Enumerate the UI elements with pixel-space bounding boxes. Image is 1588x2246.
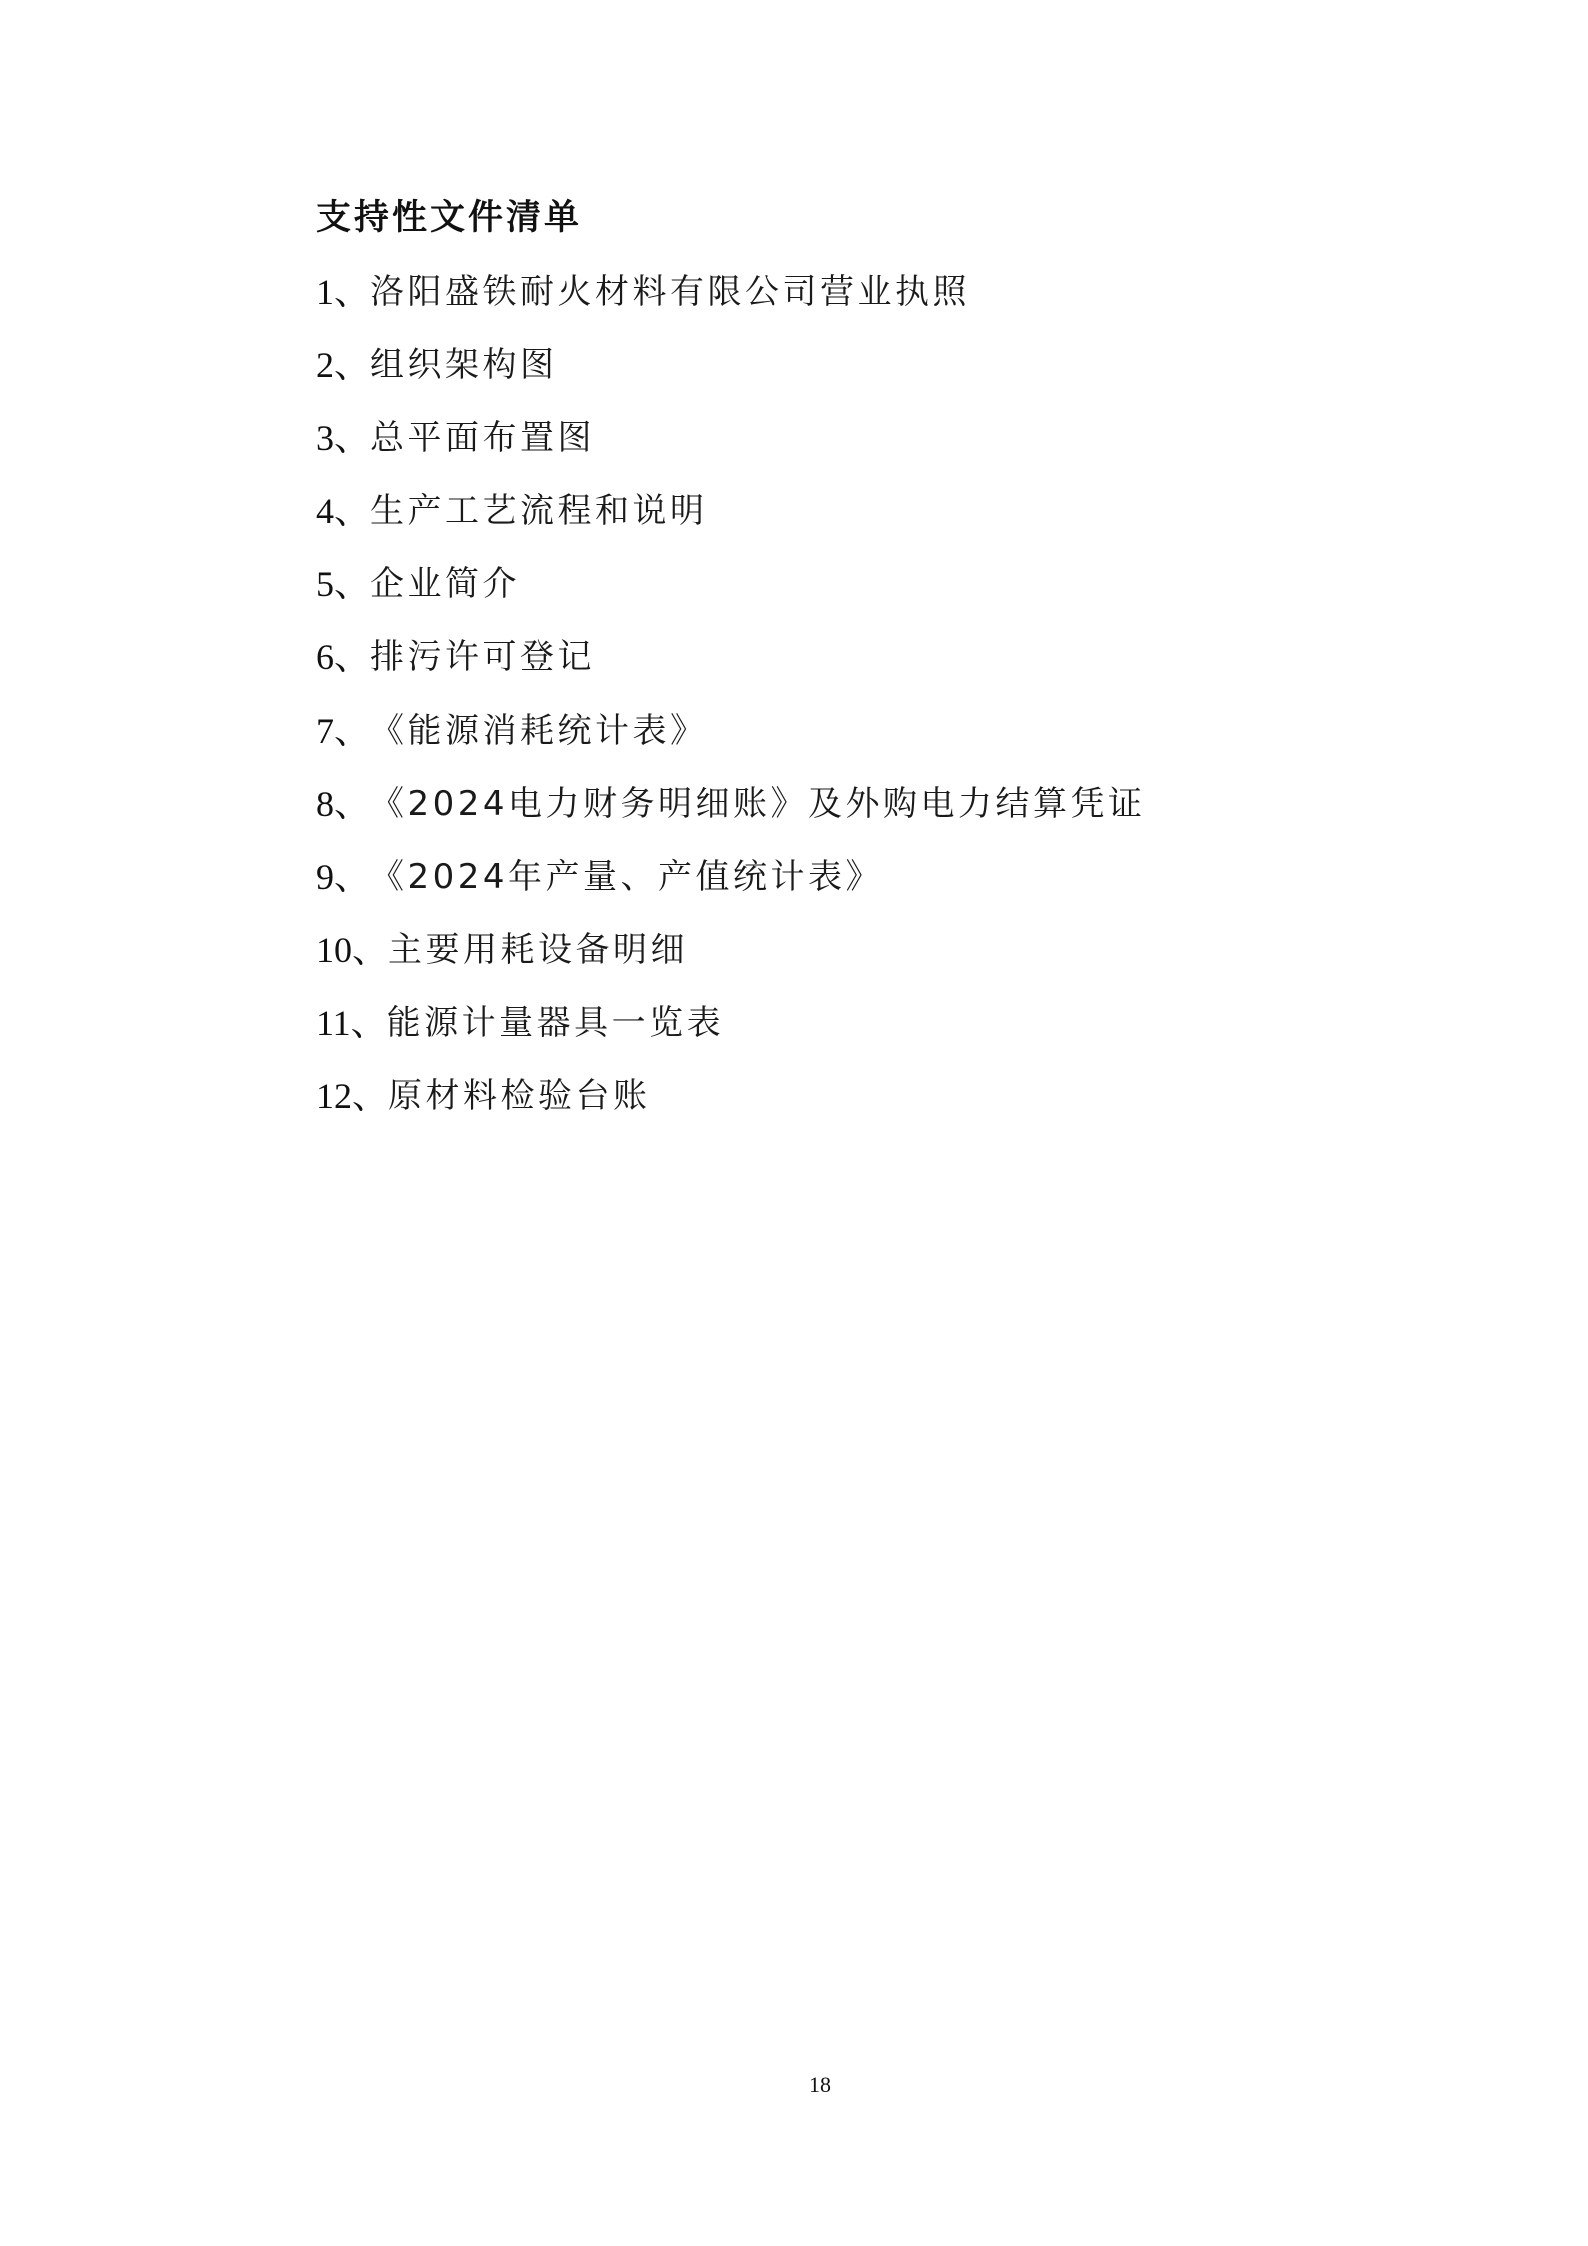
- item-text: 组织架构图: [370, 339, 558, 391]
- list-item: 7、 《能源消耗统计表》: [316, 705, 1146, 778]
- item-number: 1、: [316, 266, 370, 318]
- supporting-documents-list: 1、 洛阳盛铁耐火材料有限公司营业执照 2、 组织架构图 3、 总平面布置图 4…: [316, 266, 1146, 1143]
- item-text: 《能源消耗统计表》: [370, 705, 708, 757]
- item-number: 2、: [316, 339, 370, 391]
- item-number: 11、: [316, 997, 387, 1049]
- list-item: 1、 洛阳盛铁耐火材料有限公司营业执照: [316, 266, 1146, 339]
- item-number: 8、: [316, 778, 370, 830]
- item-text: 总平面布置图: [370, 412, 595, 464]
- list-item: 5、 企业简介: [316, 558, 1146, 631]
- item-text: 能源计量器具一览表: [387, 997, 725, 1049]
- item-text: 洛阳盛铁耐火材料有限公司营业执照: [370, 266, 970, 318]
- list-item: 3、 总平面布置图: [316, 412, 1146, 485]
- list-item: 12、 原材料检验台账: [316, 1070, 1146, 1143]
- item-text: 主要用耗设备明细: [388, 924, 688, 976]
- item-number: 12、: [316, 1070, 388, 1122]
- item-text: 生产工艺流程和说明: [370, 485, 708, 537]
- item-number: 9、: [316, 851, 370, 903]
- list-item: 2、 组织架构图: [316, 339, 1146, 412]
- list-item: 6、 排污许可登记: [316, 631, 1146, 704]
- item-text: 《2024年产量、产值统计表》: [370, 851, 883, 903]
- item-number: 5、: [316, 558, 370, 610]
- list-item: 8、 《2024电力财务明细账》及外购电力结算凭证: [316, 778, 1146, 851]
- list-item: 9、 《2024年产量、产值统计表》: [316, 851, 1146, 924]
- page-number: 18: [0, 2072, 1588, 2098]
- item-number: 3、: [316, 412, 370, 464]
- item-number: 10、: [316, 924, 388, 976]
- item-number: 4、: [316, 485, 370, 537]
- list-item: 4、 生产工艺流程和说明: [316, 485, 1146, 558]
- document-page: 支持性文件清单 1、 洛阳盛铁耐火材料有限公司营业执照 2、 组织架构图 3、 …: [0, 0, 1588, 2246]
- item-text: 排污许可登记: [370, 631, 595, 683]
- item-number: 6、: [316, 631, 370, 683]
- item-number: 7、: [316, 705, 370, 757]
- item-text: 企业简介: [370, 558, 520, 610]
- item-text: 原材料检验台账: [388, 1070, 651, 1122]
- list-item: 10、 主要用耗设备明细: [316, 924, 1146, 997]
- document-title: 支持性文件清单: [316, 194, 582, 242]
- list-item: 11、 能源计量器具一览表: [316, 997, 1146, 1070]
- item-text: 《2024电力财务明细账》及外购电力结算凭证: [370, 778, 1146, 830]
